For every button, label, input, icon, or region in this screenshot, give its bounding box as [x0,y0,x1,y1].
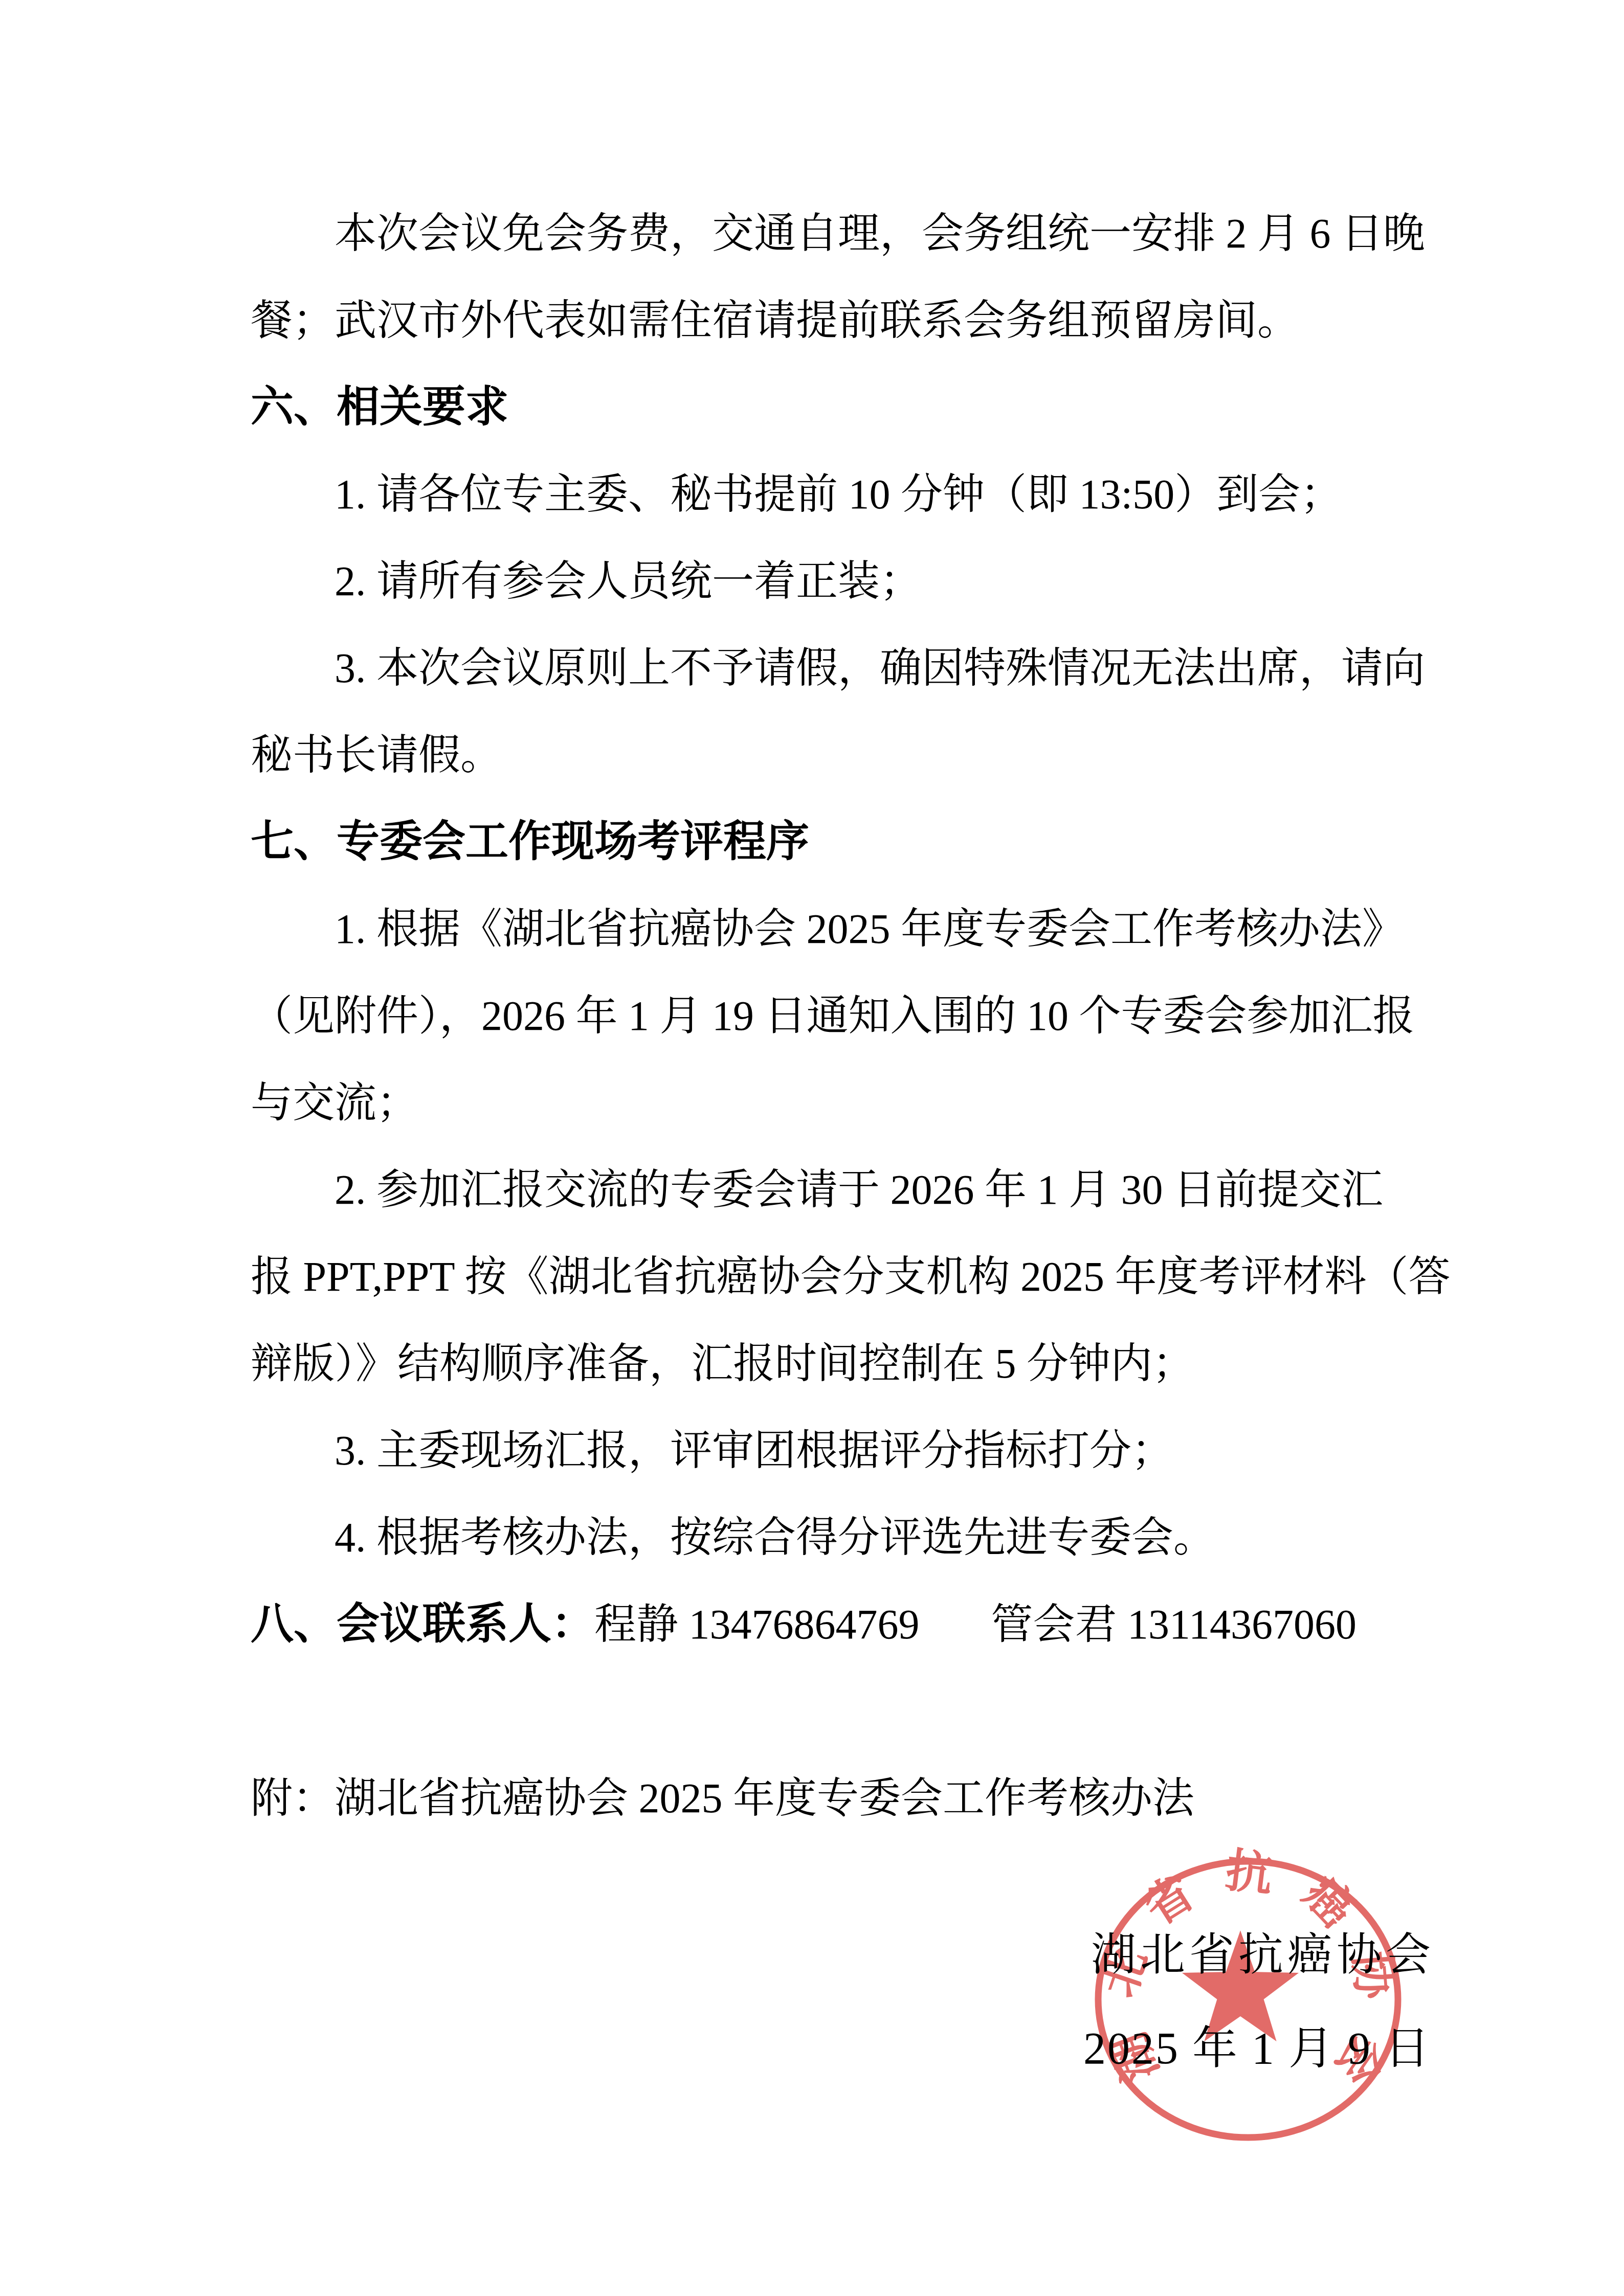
list-item: 2. 参加汇报交流的专委会请于 2026 年 1 月 30 日前提交汇 [251,1146,1396,1233]
paragraph-line: 报 PPT,PPT 按《湖北省抗癌协会分支机构 2025 年度考评材料（答 [251,1233,1396,1320]
paragraph-line: （见附件），2026 年 1 月 19 日通知入围的 10 个专委会参加汇报 [251,973,1396,1060]
list-item: 1. 根据《湖北省抗癌协会 2025 年度专委会工作考核办法》 [251,886,1396,973]
contacts-heading: 八、会议联系人： [251,1601,594,1648]
paragraph-line: 本次会议免会务费，交通自理，会务组统一安排 2 月 6 日晚 [251,190,1396,277]
section-heading-6: 六、相关要求 [251,364,1396,451]
paragraph-line: 与交流； [251,1060,1396,1146]
official-seal-graphic: 湖北省抗癌协会 [1066,1836,1430,2168]
document-body: 本次会议免会务费，交通自理，会务组统一安排 2 月 6 日晚 餐；武汉市外代表如… [251,190,1396,1842]
section-heading-7: 七、专委会工作现场考评程序 [251,799,1396,886]
contact-2: 管会君 13114367060 [991,1601,1356,1648]
paragraph-line: 餐；武汉市外代表如需住宿请提前联系会务组预留房间。 [251,277,1396,364]
document-page: { "document": { "body_lines": [ { "text"… [0,0,1624,2296]
blank-line [251,1668,1396,1755]
paragraph-line: 辩版）》结构顺序准备，汇报时间控制在 5 分钟内； [251,1320,1396,1407]
list-item: 3. 主委现场汇报，评审团根据评分指标打分； [251,1407,1396,1494]
attachment-line: 附：湖北省抗癌协会 2025 年度专委会工作考核办法 [251,1755,1396,1842]
list-item: 1. 请各位专主委、秘书提前 10 分钟（即 13:50）到会； [251,451,1396,538]
signature-org-name: 湖北省抗癌协会 [1091,1919,1435,1983]
contacts-line: 八、会议联系人：程静 13476864769管会君 13114367060 [251,1581,1396,1668]
contact-1: 程静 13476864769 [594,1601,920,1648]
paragraph-line: 秘书长请假。 [251,712,1396,799]
official-seal: 湖北省抗癌协会 [1066,1836,1430,2168]
signature-date: 2025 年 1 月 9 日 [1083,2012,1431,2077]
list-item: 2. 请所有参会人员统一着正装； [251,538,1396,625]
list-item: 4. 根据考核办法，按综合得分评选先进专委会。 [251,1494,1396,1581]
list-item: 3. 本次会议原则上不予请假，确因特殊情况无法出席，请向 [251,625,1396,712]
